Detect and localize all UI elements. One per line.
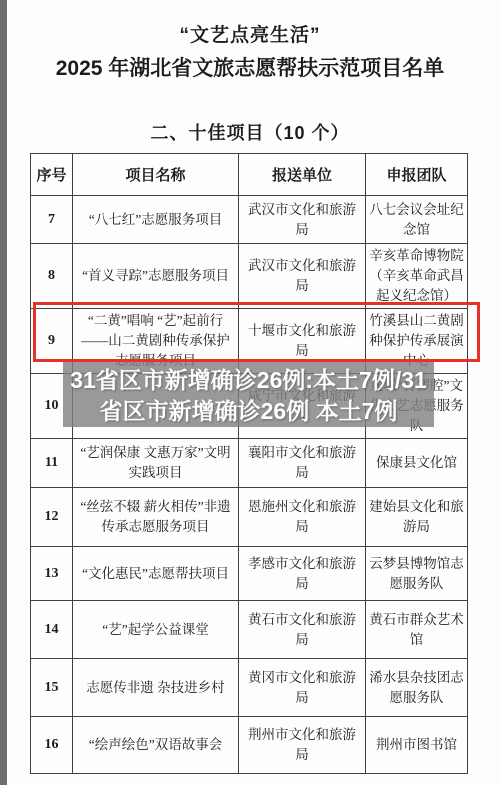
table-row: 16“绘声绘色”双语故事会荆州市文化和旅游局荆州市图书馆 bbox=[31, 717, 468, 774]
submitting-unit-cell: 荆州市文化和旅游局 bbox=[239, 717, 366, 774]
table-row: 14“艺”起学公益课堂黄石市文化和旅游局黄石市群众艺术馆 bbox=[31, 601, 468, 659]
row-number-cell: 11 bbox=[31, 439, 73, 488]
table-row: 12“丝弦不辍 薪火相传”非遗传承志愿服务项目恩施州文化和旅游局建始县文化和旅游… bbox=[31, 488, 468, 547]
submitting-unit-cell: 恩施州文化和旅游局 bbox=[239, 488, 366, 547]
document-title-quote: “文艺点亮生活” bbox=[0, 20, 500, 47]
table-row: 7“八七红”志愿服务项目武汉市文化和旅游局八七会议会址纪念馆 bbox=[31, 196, 468, 244]
table-row: 13“文化惠民”志愿帮扶项目孝感市文化和旅游局云梦县博物馆志愿服务队 bbox=[31, 547, 468, 601]
header-number: 序号 bbox=[31, 154, 73, 196]
applying-team-cell: 建始县文化和旅游局 bbox=[366, 488, 468, 547]
project-table-body: 7“八七红”志愿服务项目武汉市文化和旅游局八七会议会址纪念馆8“首义寻踪”志愿服… bbox=[31, 196, 468, 774]
row-number-cell: 8 bbox=[31, 244, 73, 309]
project-name-cell: “文化惠民”志愿帮扶项目 bbox=[73, 547, 239, 601]
table-header-row: 序号 项目名称 报送单位 申报团队 bbox=[31, 154, 468, 196]
project-name-cell: “首义寻踪”志愿服务项目 bbox=[73, 244, 239, 309]
document-title-main: 2025 年湖北省文旅志愿帮扶示范项目名单 bbox=[0, 52, 500, 82]
header-project-name: 项目名称 bbox=[73, 154, 239, 196]
section-title: 二、十佳项目（10 个） bbox=[0, 119, 500, 145]
project-name-cell: “丝弦不辍 薪火相传”非遗传承志愿服务项目 bbox=[73, 488, 239, 547]
row-number-cell: 12 bbox=[31, 488, 73, 547]
news-caption-overlay: 31省区市新增确诊26例:本土7例/31 省区市新增确诊26例 本土7例 bbox=[63, 362, 434, 427]
applying-team-cell: 黄石市群众艺术馆 bbox=[366, 601, 468, 659]
news-caption-line-2: 省区市新增确诊26例 本土7例 bbox=[100, 396, 398, 427]
submitting-unit-cell: 襄阳市文化和旅游局 bbox=[239, 439, 366, 488]
header-submitting-unit: 报送单位 bbox=[239, 154, 366, 196]
project-name-cell: “绘声绘色”双语故事会 bbox=[73, 717, 239, 774]
applying-team-cell: 辛亥革命博物院（辛亥革命武昌起义纪念馆） bbox=[366, 244, 468, 309]
applying-team-cell: 荆州市图书馆 bbox=[366, 717, 468, 774]
submitting-unit-cell: 黄石市文化和旅游局 bbox=[239, 601, 366, 659]
row-number-cell: 14 bbox=[31, 601, 73, 659]
project-name-cell: “艺润保康 文惠万家”文明实践项目 bbox=[73, 439, 239, 488]
row-number-cell: 15 bbox=[31, 659, 73, 717]
applying-team-cell: 云梦县博物馆志愿服务队 bbox=[366, 547, 468, 601]
submitting-unit-cell: 孝感市文化和旅游局 bbox=[239, 547, 366, 601]
project-table: 序号 项目名称 报送单位 申报团队 7“八七红”志愿服务项目武汉市文化和旅游局八… bbox=[30, 153, 468, 774]
row-number-cell: 13 bbox=[31, 547, 73, 601]
applying-team-cell: 浠水县杂技团志愿服务队 bbox=[366, 659, 468, 717]
row-number-cell: 7 bbox=[31, 196, 73, 244]
project-name-cell: “艺”起学公益课堂 bbox=[73, 601, 239, 659]
page-edge-bar bbox=[0, 0, 7, 785]
applying-team-cell: 保康县文化馆 bbox=[366, 439, 468, 488]
row-number-cell: 16 bbox=[31, 717, 73, 774]
table-row: 15志愿传非遗 杂技进乡村黄冈市文化和旅游局浠水县杂技团志愿服务队 bbox=[31, 659, 468, 717]
submitting-unit-cell: 黄冈市文化和旅游局 bbox=[239, 659, 366, 717]
project-name-cell: 志愿传非遗 杂技进乡村 bbox=[73, 659, 239, 717]
header-applying-team: 申报团队 bbox=[366, 154, 468, 196]
submitting-unit-cell: 武汉市文化和旅游局 bbox=[239, 196, 366, 244]
submitting-unit-cell: 武汉市文化和旅游局 bbox=[239, 244, 366, 309]
news-caption-line-1: 31省区市新增确诊26例:本土7例/31 bbox=[70, 365, 427, 396]
table-row: 8“首义寻踪”志愿服务项目武汉市文化和旅游局辛亥革命博物院（辛亥革命武昌起义纪念… bbox=[31, 244, 468, 309]
project-name-cell: “八七红”志愿服务项目 bbox=[73, 196, 239, 244]
table-row: 11“艺润保康 文惠万家”文明实践项目襄阳市文化和旅游局保康县文化馆 bbox=[31, 439, 468, 488]
applying-team-cell: 八七会议会址纪念馆 bbox=[366, 196, 468, 244]
